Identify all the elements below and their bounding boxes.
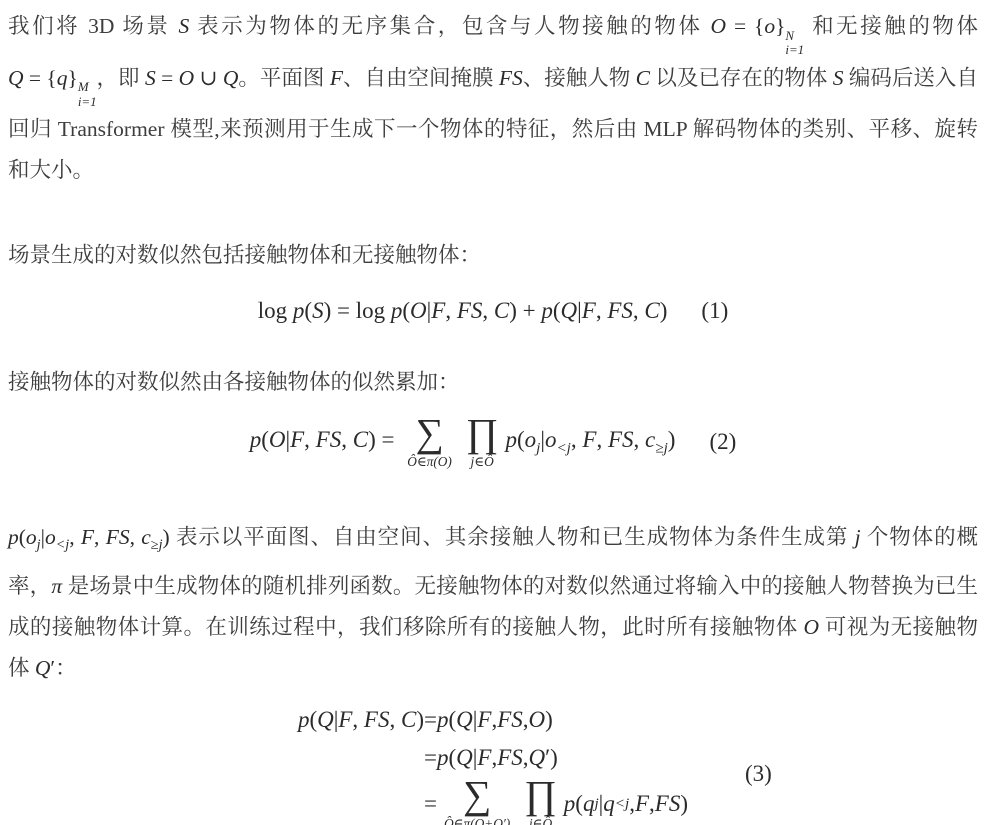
math-text: } (67, 66, 77, 90)
math-text: ) (163, 525, 170, 549)
math-supsub: Mi=1 (78, 80, 97, 109)
math-var: O (529, 701, 546, 739)
math-text: , (596, 428, 608, 453)
math-text: ) (680, 785, 688, 823)
math-text: ) (416, 707, 424, 732)
text-run: 以及已存在的物体 (650, 66, 833, 90)
inline-math: p(oj|o<j, F, FS, c≥j) (8, 525, 170, 549)
text-run: 。平面图 (238, 66, 329, 90)
inline-math: C (636, 66, 650, 90)
math-big-operator: ∑Ô∈π(O) (407, 415, 452, 469)
math-text: ( (553, 298, 561, 323)
math-var: Q (223, 66, 239, 90)
math-text: , (445, 298, 457, 323)
math-var: C (644, 298, 659, 323)
math-var: q (57, 66, 68, 90)
math-var: F (582, 298, 596, 323)
math-var: p (437, 701, 449, 739)
math-var: p (437, 739, 449, 777)
math-var: O (269, 428, 286, 453)
operator-limit: Q̂∈π(Q+Q′) (444, 817, 510, 825)
math-text: ( (448, 739, 456, 777)
math-var: FS (499, 66, 523, 90)
math-var: p (293, 298, 305, 323)
text-run: 、自由空间掩膜 (343, 66, 499, 90)
math-superscript: M (78, 80, 89, 94)
text-run: 和无接触的物体 (804, 14, 978, 38)
math-var: O (410, 298, 427, 323)
math-text: } (775, 14, 785, 38)
math-subscript: <j (56, 537, 70, 553)
math-var: S (145, 66, 156, 90)
math-var: Q (8, 66, 24, 90)
math-var: C (494, 298, 509, 323)
math-var: p (298, 707, 310, 732)
math-subscript: i=1 (785, 43, 804, 57)
inline-math: O (804, 615, 820, 639)
math-supsub: Ni=1 (785, 29, 804, 58)
inline-math: F (330, 66, 343, 90)
inline-math: π (51, 574, 62, 598)
equation-3-number: (3) (745, 761, 772, 787)
math-text: = { (726, 14, 764, 38)
math-text: , (389, 707, 401, 732)
paragraph-log-likelihood: 场景生成的对数似然包括接触物体和无接触物体： (8, 235, 978, 276)
math-text: ′) (545, 739, 558, 777)
math-var: c (141, 525, 151, 549)
math-text: ( (402, 298, 410, 323)
operator-limit: j∈Ô (471, 455, 494, 469)
math-var: FS (457, 298, 483, 323)
math-var: FS (497, 739, 523, 777)
math-text: ( (575, 785, 583, 823)
math-var: p (541, 298, 553, 323)
math-var: F (635, 785, 649, 823)
inline-math: FS (499, 66, 523, 90)
math-text: , (94, 525, 106, 549)
inline-math: S (178, 14, 189, 38)
text-run: 、接触人物 (523, 66, 636, 90)
inline-math: O = {o}Ni=1 (710, 14, 804, 38)
math-var: F (477, 701, 491, 739)
inline-math: S (833, 66, 844, 90)
math-var: O (179, 66, 195, 90)
math-text: = { (24, 66, 57, 90)
math-var: p (564, 785, 576, 823)
math-var: p (8, 525, 19, 549)
text-run: 我们将 3D 场景 (8, 14, 178, 38)
math-var: p (505, 428, 517, 453)
equation-1: log p(S) = log p(O|F, FS, C) + p(Q|F, FS… (8, 288, 978, 334)
equation-3-row-1: = p(Q|F, FS, O) (424, 701, 553, 739)
math-text: ) (668, 428, 676, 453)
math-var: o (545, 428, 557, 453)
math-text: log (258, 298, 293, 323)
paragraph-explanation: p(oj|o<j, F, FS, c≥j) 表示以平面图、自由空间、其余接触人物… (8, 517, 978, 689)
math-var: o (525, 428, 537, 453)
equation-3-lhs: p(Q|F, FS, C) (298, 701, 424, 739)
math-var: q (603, 785, 615, 823)
math-var: o (45, 525, 56, 549)
math-text: , (304, 428, 316, 453)
math-var: S (833, 66, 844, 90)
equation-2-body: p(O|F, FS, C) = ∑Ô∈π(O)∏j∈Ôp(oj|o<j, F, … (250, 415, 676, 469)
math-var: q (583, 785, 595, 823)
math-var: C (636, 66, 650, 90)
math-var: Q (529, 739, 546, 777)
operator-symbol: ∏ (524, 777, 557, 815)
math-var: C (353, 428, 368, 453)
math-var: F (431, 298, 445, 323)
text-run: 表示以平面图、自由空间、其余接触人物和已生成物体为条件生成第 (170, 525, 855, 549)
math-var: Q (317, 707, 334, 732)
math-big-operator: ∑Q̂∈π(Q+Q′) (444, 777, 510, 825)
math-var: O (804, 615, 820, 639)
math-text: ) (545, 701, 553, 739)
operator-limit: j∈Q̂ (529, 817, 552, 825)
math-text: = (424, 785, 437, 823)
math-text: ( (448, 701, 456, 739)
inline-math: Q′ (35, 656, 55, 680)
math-var: O (710, 14, 726, 38)
math-var: Q (456, 739, 473, 777)
math-var: F (81, 525, 94, 549)
math-subscript: <j (615, 785, 629, 823)
math-text: ) = log (324, 298, 391, 323)
math-var: o (764, 14, 775, 38)
math-subscript: ≥j (655, 440, 668, 457)
math-text: ) + (509, 298, 541, 323)
math-var: p (391, 298, 403, 323)
math-subscript: <j (556, 440, 570, 457)
math-big-operator: ∏j∈Q̂ (524, 777, 557, 825)
math-var: π (51, 574, 62, 598)
math-text: = (424, 701, 437, 739)
inline-math: Q = {q}Mi=1 (8, 66, 97, 90)
operator-symbol: ∑ (463, 777, 491, 815)
math-text: ) = (368, 428, 400, 453)
math-var: F (290, 428, 304, 453)
math-var: FS (497, 701, 523, 739)
math-var: Q (35, 656, 51, 680)
equation-2-number: (2) (709, 429, 736, 455)
math-text: ( (304, 298, 312, 323)
math-var: c (645, 428, 655, 453)
math-var: FS (106, 525, 130, 549)
equation-3-row-3: = ∑Q̂∈π(Q+Q′)∏j∈Q̂p(qj|q<j, F, FS) (424, 777, 688, 825)
math-var: FS (364, 707, 390, 732)
inline-math: S = O ∪ Q (145, 66, 238, 90)
math-var: o (26, 525, 37, 549)
math-var: F (477, 739, 491, 777)
math-text: , (571, 428, 583, 453)
math-var: FS (608, 428, 634, 453)
math-var: p (250, 428, 262, 453)
document-page: 我们将 3D 场景 S 表示为物体的无序集合，包含与人物接触的物体 O = {o… (0, 0, 988, 825)
equation-1-number: (1) (701, 298, 728, 324)
operator-limit: Ô∈π(O) (407, 455, 452, 469)
paragraph-intro: 我们将 3D 场景 S 表示为物体的无序集合，包含与人物接触的物体 O = {o… (8, 6, 978, 191)
math-text: , (130, 525, 142, 549)
math-text: = (424, 739, 437, 777)
equation-1-body: log p(S) = log p(O|F, FS, C) + p(Q|F, FS… (258, 298, 668, 324)
text-run: ： (55, 656, 77, 680)
math-superscript: N (785, 29, 794, 43)
math-var: S (178, 14, 189, 38)
math-big-operator: ∏j∈Ô (466, 415, 499, 469)
math-subscript: ≥j (151, 537, 163, 553)
math-var: FS (655, 785, 681, 823)
equation-3-rows: = p(Q|F, FS, O) = p(Q|F, FS, Q′) = ∑Q̂∈π… (424, 701, 688, 825)
math-subscript: i=1 (78, 95, 97, 109)
operator-symbol: ∏ (466, 415, 499, 453)
math-text: , (482, 298, 494, 323)
text-run: 表示为物体的无序集合，包含与人物接触的物体 (189, 14, 710, 38)
math-text: ) (660, 298, 668, 323)
math-var: Q (561, 298, 578, 323)
equation-2: p(O|F, FS, C) = ∑Ô∈π(O)∏j∈Ôp(oj|o<j, F, … (8, 411, 978, 473)
math-text: ( (517, 428, 525, 453)
operator-symbol: ∑ (415, 415, 443, 453)
math-text: ( (19, 525, 26, 549)
math-text: , (69, 525, 81, 549)
math-text: = (156, 66, 179, 90)
math-var: S (312, 298, 324, 323)
math-text: , (352, 707, 364, 732)
equation-3: p(Q|F, FS, C) = p(Q|F, FS, O) = p(Q|F, F… (8, 701, 978, 825)
math-text: , (341, 428, 353, 453)
math-text: , (596, 298, 608, 323)
paragraph-contact-likelihood: 接触物体的对数似然由各接触物体的似然累加： (8, 362, 978, 403)
math-text: ( (309, 707, 317, 732)
math-text: , (634, 428, 646, 453)
math-var: FS (316, 428, 342, 453)
math-text: ( (261, 428, 269, 453)
math-var: F (338, 707, 352, 732)
math-text: , (633, 298, 645, 323)
math-var: F (330, 66, 343, 90)
math-text: ∪ (194, 66, 223, 90)
math-var: C (401, 707, 416, 732)
text-run: ，即 (97, 66, 145, 90)
math-var: F (582, 428, 596, 453)
math-var: Q (456, 701, 473, 739)
equation-3-row-2: = p(Q|F, FS, Q′) (424, 739, 558, 777)
math-var: FS (607, 298, 633, 323)
